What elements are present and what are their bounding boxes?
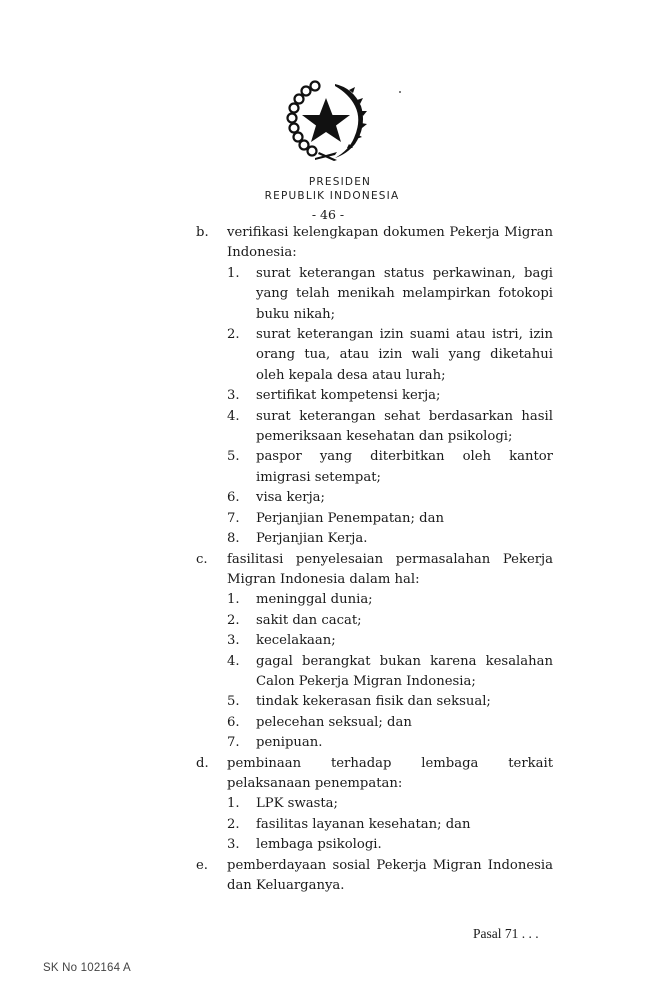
sub-list-text: Perjanjian Kerja. — [256, 529, 553, 549]
list-item: c.fasilitasi penyelesaian permasalahan P… — [196, 550, 553, 591]
list-item: b.verifikasi kelengkapan dokumen Pekerja… — [196, 223, 553, 264]
sub-list-text: tindak kekerasan fisik dan seksual; — [256, 692, 553, 712]
sub-list-item: 6.pelecehan seksual; dan — [227, 713, 553, 733]
next-page-reference: Pasal 71 . . . — [473, 926, 539, 942]
sub-list-number: 8. — [227, 529, 256, 549]
sub-list-text: LPK swasta; — [256, 794, 553, 814]
sub-list-text: penipuan. — [256, 733, 553, 753]
sub-list-number: 5. — [227, 692, 256, 712]
list-item-text: pembinaan terhadap lembaga terkait pelak… — [227, 754, 553, 795]
sub-list-item: 2.surat keterangan izin suami atau istri… — [227, 325, 553, 386]
sub-list-number: 7. — [227, 509, 256, 529]
sub-list-item: 7.Perjanjian Penempatan; dan — [227, 509, 553, 529]
sub-list-number: 5. — [227, 447, 256, 488]
sub-list-number: 7. — [227, 733, 256, 753]
sub-list-number: 2. — [227, 815, 256, 835]
sub-list-item: 3.kecelakaan; — [227, 631, 553, 651]
sub-list-number: 6. — [227, 488, 256, 508]
header-presiden: PRESIDEN — [15, 176, 650, 188]
sub-list-text: surat keterangan sehat berdasarkan hasil… — [256, 407, 553, 448]
sub-list-item: 2.sakit dan cacat; — [227, 611, 553, 631]
sub-list-number: 3. — [227, 835, 256, 855]
list-marker: e. — [196, 856, 227, 897]
sub-list-item: 2.fasilitas layanan kesehatan; dan — [227, 815, 553, 835]
sub-list-number: 6. — [227, 713, 256, 733]
sub-list-item: 1.LPK swasta; — [227, 794, 553, 814]
sub-list-text: meninggal dunia; — [256, 590, 553, 610]
sub-list-item: 3.lembaga psikologi. — [227, 835, 553, 855]
list-item: e.pemberdayaan sosial Pekerja Migran Ind… — [196, 856, 553, 897]
sub-list-item: 3.sertifikat kompetensi kerja; — [227, 386, 553, 406]
document-body: b.verifikasi kelengkapan dokumen Pekerja… — [196, 223, 553, 896]
sub-list-number: 3. — [227, 386, 256, 406]
sub-list-text: visa kerja; — [256, 488, 553, 508]
list-item-text: fasilitasi penyelesaian permasalahan Pek… — [227, 550, 553, 591]
sub-list-item: 4.surat keterangan sehat berdasarkan has… — [227, 407, 553, 448]
sub-list-item: 5.tindak kekerasan fisik dan seksual; — [227, 692, 553, 712]
sub-list-item: 1.meninggal dunia; — [227, 590, 553, 610]
sub-list-text: Perjanjian Penempatan; dan — [256, 509, 553, 529]
sub-list-number: 1. — [227, 794, 256, 814]
sub-list-number: 4. — [227, 407, 256, 448]
sub-list-item: 8.Perjanjian Kerja. — [227, 529, 553, 549]
sub-list-text: pelecehan seksual; dan — [256, 713, 553, 733]
document-code: SK No 102164 A — [43, 962, 131, 974]
sub-list-text: lembaga psikologi. — [256, 835, 553, 855]
list-marker: c. — [196, 550, 227, 591]
scan-speck — [399, 91, 401, 93]
header-republik: REPUBLIK INDONESIA — [7, 190, 650, 202]
sub-list-text: paspor yang diterbitkan oleh kantor imig… — [256, 447, 553, 488]
sub-list-text: sertifikat kompetensi kerja; — [256, 386, 553, 406]
sub-list-text: fasilitas layanan kesehatan; dan — [256, 815, 553, 835]
sub-list-text: sakit dan cacat; — [256, 611, 553, 631]
sub-list-item: 4.gagal berangkat bukan karena kesalahan… — [227, 652, 553, 693]
list-marker: b. — [196, 223, 227, 264]
sub-list-number: 1. — [227, 264, 256, 325]
sub-list-item: 5.paspor yang diterbitkan oleh kantor im… — [227, 447, 553, 488]
list-item-text: pemberdayaan sosial Pekerja Migran Indon… — [227, 856, 553, 897]
garuda-star-emblem-icon — [283, 78, 369, 164]
list-marker: d. — [196, 754, 227, 795]
list-item-text: verifikasi kelengkapan dokumen Pekerja M… — [227, 223, 553, 264]
sub-list-text: gagal berangkat bukan karena kesalahan C… — [256, 652, 553, 693]
sub-list-item: 1.surat keterangan status perkawinan, ba… — [227, 264, 553, 325]
sub-list-number: 3. — [227, 631, 256, 651]
list-item: d.pembinaan terhadap lembaga terkait pel… — [196, 754, 553, 795]
sub-list-item: 6.visa kerja; — [227, 488, 553, 508]
sub-list-text: surat keterangan status perkawinan, bagi… — [256, 264, 553, 325]
sub-list-number: 2. — [227, 611, 256, 631]
sub-list-number: 4. — [227, 652, 256, 693]
sub-list-text: kecelakaan; — [256, 631, 553, 651]
sub-list-number: 2. — [227, 325, 256, 386]
page-number: - 46 - — [3, 207, 650, 222]
sub-list-item: 7.penipuan. — [227, 733, 553, 753]
sub-list-number: 1. — [227, 590, 256, 610]
sub-list-text: surat keterangan izin suami atau istri, … — [256, 325, 553, 386]
